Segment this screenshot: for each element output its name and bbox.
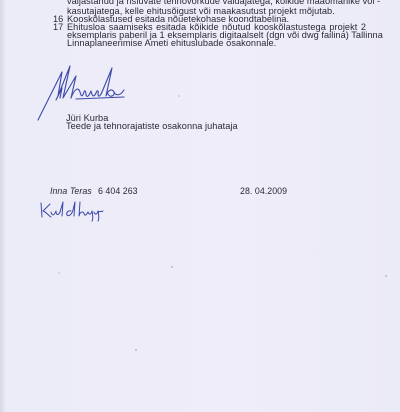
scan-speck xyxy=(171,266,173,268)
scan-speck xyxy=(58,272,60,274)
document-date: 28. 04.2009 xyxy=(240,186,287,196)
scan-speck xyxy=(178,95,180,97)
scan-speck xyxy=(135,349,137,351)
list-item-17-line-3: Linnaplaneerimise Ameti ehituslubade osa… xyxy=(67,38,276,48)
signatory-title: Teede ja tehnorajatiste osakonna juhataj… xyxy=(66,121,238,131)
list-number-17: 17 xyxy=(53,22,63,32)
scan-speck xyxy=(385,275,387,277)
handwritten-initials-icon xyxy=(38,200,104,222)
list-text: Linnaplaneerimise Ameti ehituslubade osa… xyxy=(67,38,276,48)
author-name: Inna Teras xyxy=(50,186,92,196)
document-page: väljastanud ja risluvate tehnovõrkude va… xyxy=(0,0,400,412)
scan-edge xyxy=(0,0,5,412)
author-phone: 6 404 263 xyxy=(98,186,138,196)
